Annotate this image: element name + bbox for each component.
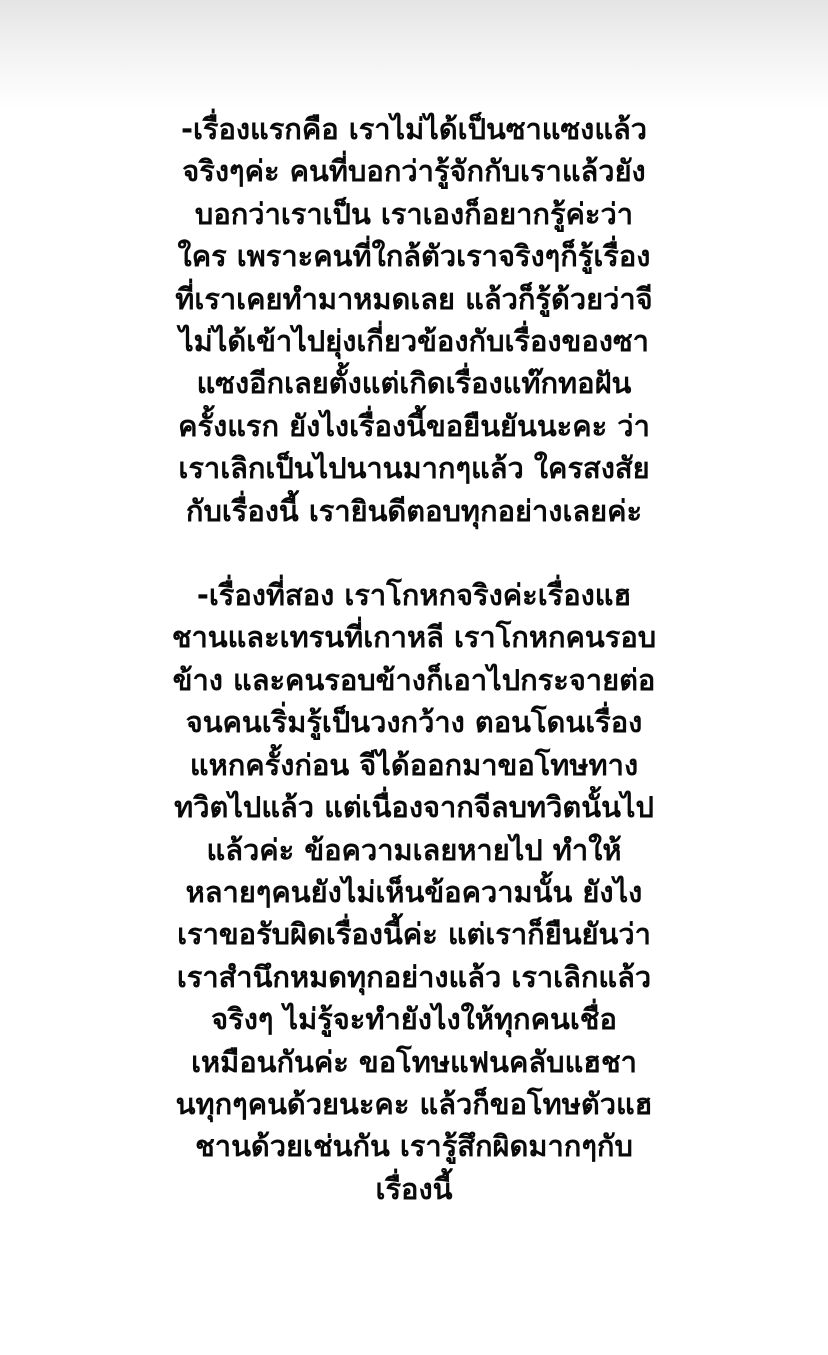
text-line: แหกครั้งก่อน จีได้ออกมาขอโทษทาง [0,744,828,786]
text-line: ชานและเทรนที่เกาหลี เราโกหกคนรอบ [0,616,828,658]
text-line: ข้าง และคนรอบข้างก็เอาไปกระจายต่อ [0,659,828,701]
text-line: จริงๆค่ะ คนที่บอกว่ารู้จักกับเราแล้วยัง [0,150,828,192]
top-shade-gradient [0,0,828,110]
story-text-block: -เรื่องแรกคือ เราไม่ได้เป็นซาแซงแล้ว จริ… [0,108,828,1210]
text-line: เรื่องนี้ [0,1168,828,1210]
text-line: จริงๆ ไม่รู้จะทำยังไงให้ทุกคนเชื่อ [0,998,828,1040]
text-line: ชานด้วยเช่นกัน เรารู้สึกผิดมากๆกับ [0,1125,828,1167]
text-line: บอกว่าเราเป็น เราเองก็อยากรู้ค่ะว่า [0,193,828,235]
text-line: เราสำนึกหมดทุกอย่างแล้ว เราเลิกแล้ว [0,956,828,998]
text-line: ใคร เพราะคนที่ใกล้ตัวเราจริงๆก็รู้เรื่อง [0,235,828,277]
text-line: -เรื่องแรกคือ เราไม่ได้เป็นซาแซงแล้ว [0,108,828,150]
text-line: ไม่ได้เข้าไปยุ่งเกี่ยวข้องกับเรื่องของซา [0,320,828,362]
text-line: เหมือนกันค่ะ ขอโทษแฟนคลับแฮชา [0,1041,828,1083]
text-line: จนคนเริ่มรู้เป็นวงกว้าง ตอนโดนเรื่อง [0,701,828,743]
text-line: เราเลิกเป็นไปนานมากๆแล้ว ใครสงสัย [0,447,828,489]
text-line: นทุกๆคนด้วยนะคะ แล้วก็ขอโทษตัวแฮ [0,1083,828,1125]
text-line: เราขอรับผิดเรื่องนี้ค่ะ แต่เราก็ยืนยันว่… [0,913,828,955]
text-line: หลายๆคนยังไม่เห็นข้อความนั้น ยังไง [0,871,828,913]
paragraph-first-matter: -เรื่องแรกคือ เราไม่ได้เป็นซาแซงแล้ว จริ… [0,108,828,532]
text-line: ทวิตไปแล้ว แต่เนื่องจากจีลบทวิตนั้นไป [0,786,828,828]
text-line: กับเรื่องนี้ เรายินดีตอบทุกอย่างเลยค่ะ [0,490,828,532]
text-line: ครั้งแรก ยังไงเรื่องนี้ขอยืนยันนะคะ ว่า [0,405,828,447]
text-line: แซงอีกเลยตั้งแต่เกิดเรื่องแท๊กทอฝัน [0,362,828,404]
text-line: -เรื่องที่สอง เราโกหกจริงค่ะเรื่องแฮ [0,574,828,616]
paragraph-second-matter: -เรื่องที่สอง เราโกหกจริงค่ะเรื่องแฮ ชาน… [0,574,828,1210]
text-line: แล้วค่ะ ข้อความเลยหายไป ทำให้ [0,829,828,871]
text-line: ที่เราเคยทำมาหมดเลย แล้วก็รู้ด้วยว่าจี [0,278,828,320]
